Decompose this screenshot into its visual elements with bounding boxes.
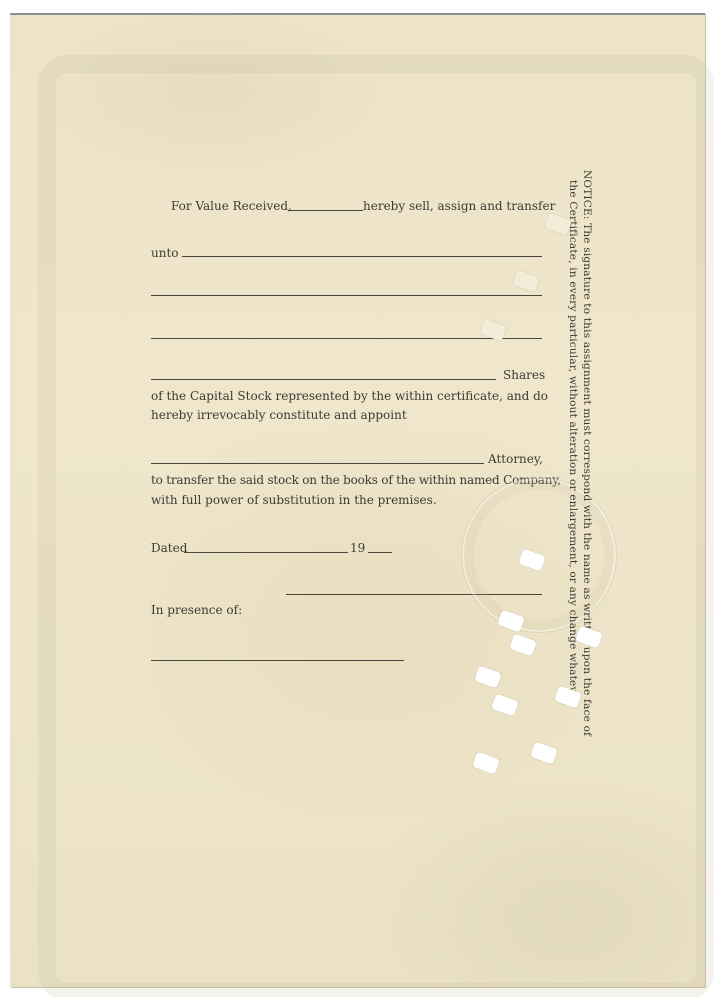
notice-line-2: the Certificate, in every particular, wi…: [566, 170, 580, 690]
dated-label: Dated: [151, 541, 187, 555]
attorney-label: Attorney,: [488, 452, 543, 466]
unto-label: unto: [151, 246, 179, 260]
notice-line-1: NOTICE: The signature to this assignment…: [580, 170, 594, 690]
assignee-line-1[interactable]: [182, 256, 542, 257]
assignee-line-3[interactable]: [151, 338, 542, 339]
shares-label: Shares: [503, 368, 545, 382]
attorney-name-line[interactable]: [151, 463, 484, 464]
sell-assign-transfer-text: hereby sell, assign and transfer: [363, 199, 555, 213]
for-value-received-text: For Value Received,: [171, 199, 292, 213]
decorative-border: [38, 55, 714, 997]
transfer-text-2: with full power of substitution in the p…: [151, 493, 437, 507]
year-prefix: 19: [350, 541, 365, 555]
in-presence-of-label: In presence of:: [151, 603, 242, 617]
shares-count-line[interactable]: [151, 379, 496, 380]
notice-text: NOTICE: The signature to this assignment…: [566, 170, 594, 690]
assignee-line-2[interactable]: [151, 295, 542, 296]
date-line[interactable]: [184, 552, 348, 553]
capital-stock-text-2: hereby irrevocably constitute and appoin…: [151, 408, 407, 422]
year-line[interactable]: [368, 552, 392, 553]
assignor-blank[interactable]: [288, 210, 363, 211]
witness-signature-line[interactable]: [151, 660, 404, 661]
transfer-text-1: to transfer the said stock on the books …: [151, 473, 561, 487]
capital-stock-text-1: of the Capital Stock represented by the …: [151, 389, 548, 403]
